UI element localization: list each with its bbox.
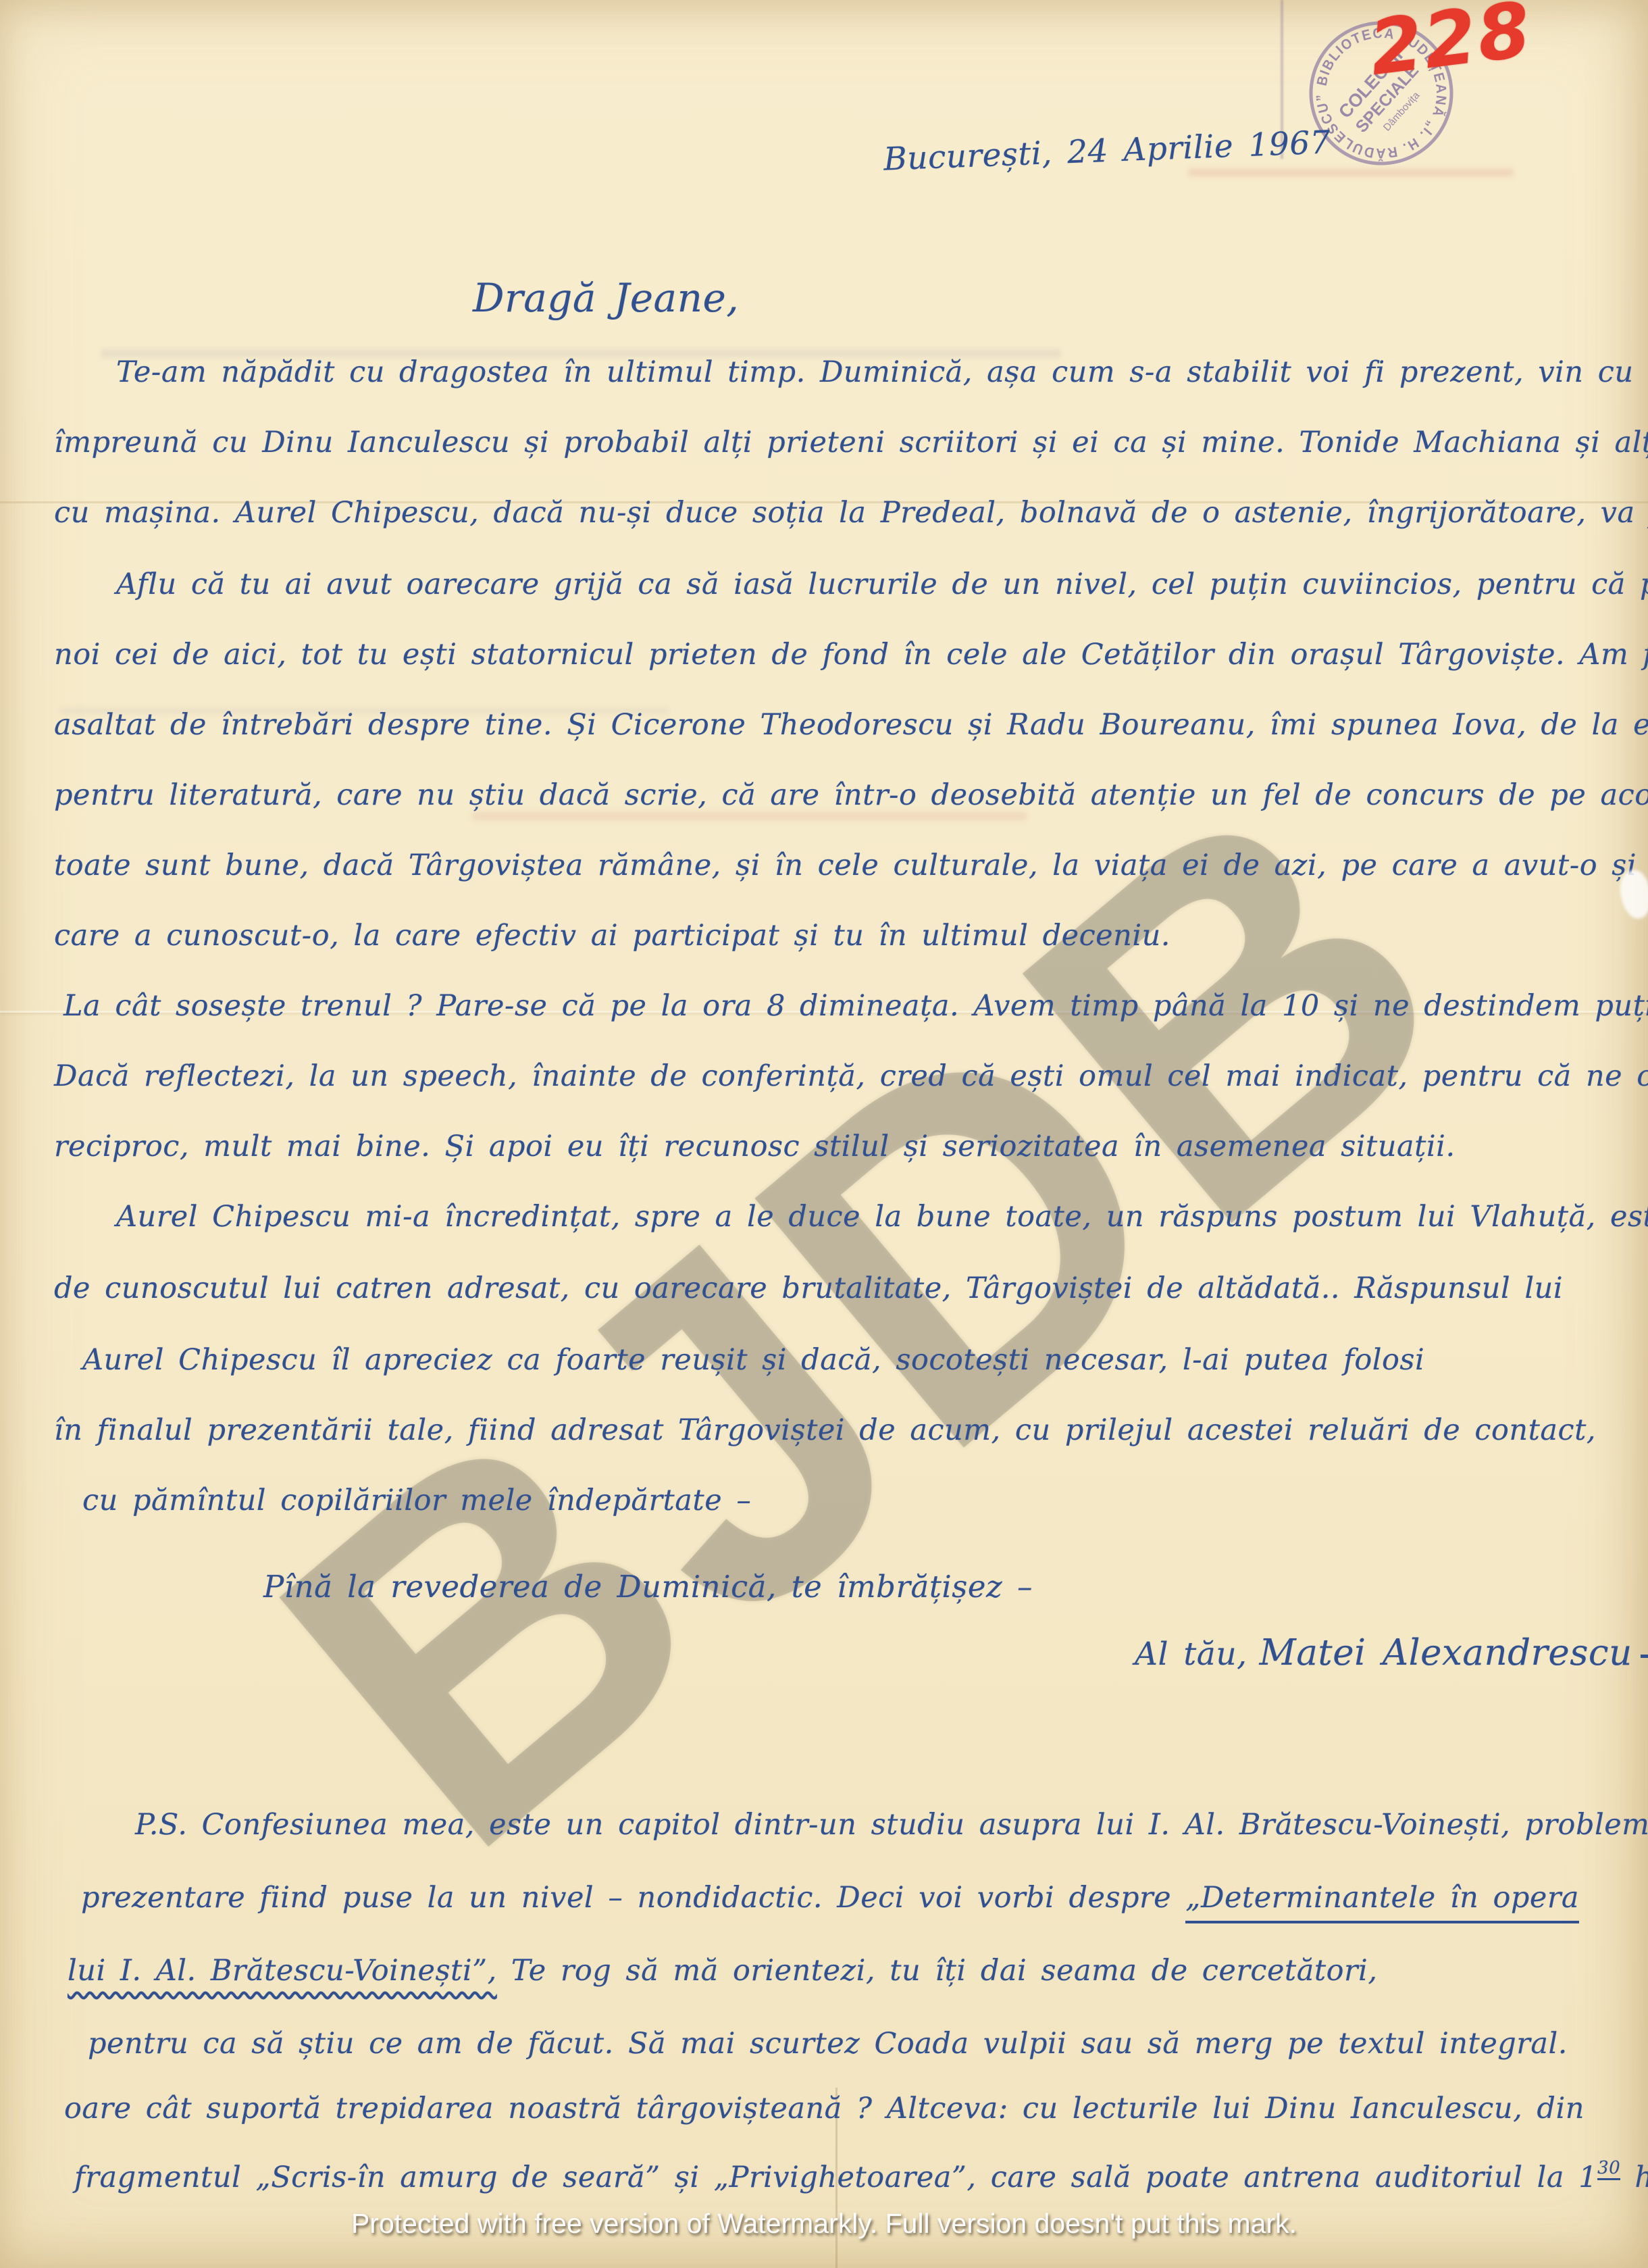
ps-underlined-title: „Determinantele în opera	[1185, 1881, 1579, 1923]
body-line: pentru literatură, care nu știu dacă scr…	[54, 781, 1648, 810]
ps-line: fragmentul „Scris-în amurg de seară” și …	[74, 2159, 1648, 2192]
letter-scan-page: BJDB BIBLIOTECA JUDEȚEANĂ „I. H. RĂDULES…	[0, 0, 1648, 2268]
inventory-number-stamp: 228	[1366, 0, 1536, 86]
ps-text: fragmentul „Scris-în amurg de seară” și …	[74, 2161, 1597, 2194]
body-line: cu mașina. Aurel Chipescu, dacă nu-și du…	[54, 499, 1648, 528]
ink-bleedthrough-smudge	[473, 812, 1027, 820]
body-line: Te-am năpădit cu dragostea în ultimul ti…	[116, 358, 1648, 387]
signature-prefix: Al tău,	[1135, 1636, 1247, 1673]
ps-text: h ?	[1620, 2161, 1648, 2194]
bjdb-diagonal-watermark: BJDB	[122, 633, 1607, 2002]
ps-line: oare cât suportă trepidarea noastră târg…	[64, 2094, 1585, 2123]
body-line: Dacă reflectezi, la un speech, înainte d…	[54, 1062, 1648, 1091]
body-line: Aurel Chipescu îl apreciez ca foarte reu…	[82, 1346, 1424, 1375]
ps-text: Te rog să mă orientezi, tu îți dai seama…	[497, 1954, 1378, 1988]
body-line: asaltat de întrebări despre tine. Și Cic…	[54, 711, 1648, 740]
ps-line: pentru ca să știu ce am de făcut. Să mai…	[88, 2030, 1568, 2059]
signature-flourish-line	[1641, 1655, 1648, 1658]
greeting-line: Dragă Jeane,	[473, 278, 739, 318]
body-line: toate sunt bune, dacă Târgoviștea rămâne…	[54, 851, 1648, 880]
ps-line: P.S. Confesiunea mea, este un capitol di…	[135, 1811, 1648, 1840]
ps-text: prezentare fiind puse la un nivel – nond…	[81, 1881, 1185, 1915]
body-line: în finalul prezentării tale, fiind adres…	[54, 1416, 1596, 1445]
body-line: Aurel Chipescu mi-a încredințat, spre a …	[116, 1203, 1648, 1232]
signature-line: Al tău,Matei Alexandrescu	[1135, 1635, 1648, 1671]
closing-line: Pînă la revederea de Duminică, te îmbrăț…	[263, 1571, 1033, 1602]
ps-superscript-time: 30	[1597, 2158, 1620, 2180]
body-line: Aflu că tu ai avut oarecare grijă ca să …	[116, 570, 1648, 599]
ps-line: prezentare fiind puse la un nivel – nond…	[81, 1884, 1579, 1913]
date-line: București, 24 Aprilie 1967	[883, 126, 1331, 175]
ps-underlined-title: lui I. Al. Brătescu-Voinești”,	[68, 1954, 497, 1988]
watermarkly-bottom-text: Protected with free version of Watermark…	[0, 2208, 1648, 2240]
body-line: noi cei de aici, tot tu ești statornicul…	[54, 640, 1648, 670]
body-line: cu pămîntul copilăriilor mele îndepărtat…	[82, 1486, 751, 1515]
body-line: La cât sosește trenul ? Pare-se că pe la…	[63, 992, 1648, 1021]
body-line: împreună cu Dinu Ianculescu și probabil …	[54, 428, 1648, 457]
signature-name: Matei Alexandrescu	[1260, 1632, 1632, 1673]
body-line: reciproc, mult mai bine. Și apoi eu îți …	[54, 1132, 1456, 1161]
body-line: care a cunoscut-o, la care efectiv ai pa…	[54, 922, 1170, 951]
body-line: de cunoscutul lui catren adresat, cu oar…	[54, 1274, 1563, 1303]
ps-line: lui I. Al. Brătescu-Voinești”, Te rog să…	[68, 1957, 1377, 1986]
